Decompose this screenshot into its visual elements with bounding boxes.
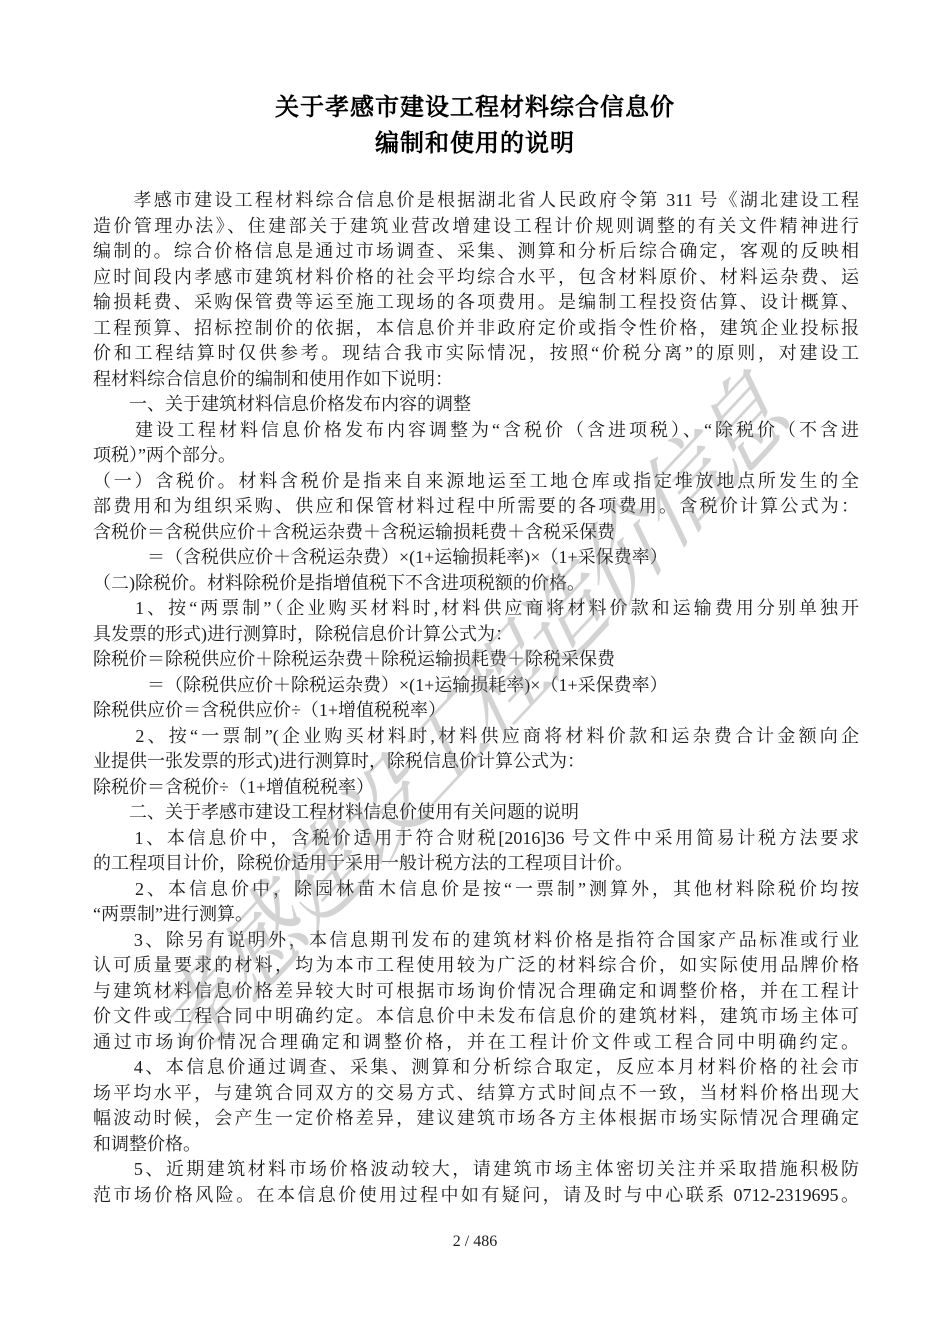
text-line: 程材料综合信息价的编制和使用作如下说明：	[93, 367, 859, 393]
text-line: （一）含税价。材料含税价是指来自来源地运至工地仓库或指定堆放地点所发生的全	[93, 469, 859, 495]
text-line: 4、本信息价通过调查、采集、测算和分析综合取定，反应本月材料价格的社会市	[93, 1055, 859, 1081]
text-line: 输损耗费、采购保管费等运至施工现场的各项费用。是编制工程投资估算、设计概算、	[93, 290, 859, 316]
text-line: 项税）”两个部分。	[93, 443, 859, 469]
text-line: 认可质量要求的材料，均为本市工程使用较为广泛的材料综合价，如实际使用品牌价格	[93, 953, 859, 979]
text-line: 与建筑材料信息价格差异较大时可根据市场询价情况合理确定和调整价格，并在工程计	[93, 979, 859, 1005]
text-line: 二、关于孝感市建设工程材料信息价使用有关问题的说明	[93, 800, 859, 826]
text-line: 应时间段内孝感市建筑材料价格的社会平均综合水平，包含材料原价、材料运杂费、运	[93, 265, 859, 291]
text-line: 孝感市建设工程材料综合信息价是根据湖北省人民政府令第 311 号《湖北建设工程	[93, 188, 859, 214]
text-line: 通过市场询价情况合理确定和调整价格，并在工程计价文件或工程合同中明确约定。	[93, 1030, 859, 1056]
text-line: 编制的。综合价格信息是通过市场调查、采集、测算和分析后综合确定，客观的反映相	[93, 239, 859, 265]
text-line: 除税供应价＝含税供应价÷（1+增值税税率）	[93, 698, 859, 724]
text-line: 具发票的形式)进行测算时，除税信息价计算公式为：	[93, 622, 859, 648]
text-line: 2、按“一票制”(企业购买材料时,材料供应商将材料价款和运杂费合计金额向企	[93, 724, 859, 750]
text-line: （二)除税价。材料除税价是指增值税下不含进项税额的价格。	[93, 571, 859, 597]
text-line: 和调整价格。	[93, 1132, 859, 1158]
text-line: 一、关于建筑材料信息价格发布内容的调整	[93, 392, 859, 418]
text-line: 除税价＝除税供应价＋除税运杂费＋除税运输损耗费＋除税采保费	[93, 647, 859, 673]
text-line: ＝（除税供应价＋除税运杂费）×(1+运输损耗率)×（1+采保费率）	[93, 673, 859, 699]
document-title-line1: 关于孝感市建设工程材料综合信息价	[0, 90, 950, 126]
document-page: 孝感建设工程造价信息 关于孝感市建设工程材料综合信息价 编制和使用的说明 孝感市…	[0, 0, 950, 1344]
text-line: 价文件或工程合同中明确约定。本信息价中未发布信息价的建筑材料，建筑市场主体可	[93, 1004, 859, 1030]
text-line: 造价管理办法》、住建部关于建筑业营改增建设工程计价规则调整的有关文件精神进行	[93, 214, 859, 240]
text-line: 价和工程结算时仅供参考。现结合我市实际情况，按照“价税分离”的原则，对建设工	[93, 341, 859, 367]
document-title-line2: 编制和使用的说明	[0, 126, 950, 162]
text-line: “两票制”进行测算。	[93, 902, 859, 928]
text-line: 部费用和为组织采购、供应和保管材料过程中所需要的各项费用。含税价计算公式为：	[93, 494, 859, 520]
text-line: 业提供一张发票的形式)进行测算时，除税信息价计算公式为：	[93, 749, 859, 775]
text-line: 除税价＝含税价÷（1+增值税税率）	[93, 775, 859, 801]
text-line: ＝（含税供应价＋含税运杂费）×(1+运输损耗率)×（1+采保费率）	[93, 545, 859, 571]
text-line: 幅波动时候，会产生一定价格差异，建议建筑市场各方主体根据市场实际情况合理确定	[93, 1106, 859, 1132]
text-line: 范市场价格风险。在本信息价使用过程中如有疑问，请及时与中心联系 0712-231…	[93, 1183, 859, 1209]
page-number: 2 / 486	[0, 1233, 950, 1251]
document-title: 关于孝感市建设工程材料综合信息价 编制和使用的说明	[0, 0, 950, 162]
text-line: 场平均水平，与建筑合同双方的交易方式、结算方式时间点不一致，当材料价格出现大	[93, 1081, 859, 1107]
text-line: 1、本信息价中，含税价适用于符合财税[2016]36 号文件中采用简易计税方法要…	[93, 826, 859, 852]
text-line: 1、按“两票制”（企业购买材料时,材料供应商将材料价款和运输费用分别单独开	[93, 596, 859, 622]
text-line: 含税价＝含税供应价＋含税运杂费＋含税运输损耗费＋含税采保费	[93, 520, 859, 546]
text-line: 工程预算、招标控制价的依据，本信息价并非政府定价或指令性价格，建筑企业投标报	[93, 316, 859, 342]
text-line: 建设工程材料信息价格发布内容调整为“含税价（含进项税）、“除税价（不含进	[93, 418, 859, 444]
text-line: 的工程项目计价，除税价适用于采用一般计税方法的工程项目计价。	[93, 851, 859, 877]
text-line: 2、本信息价中，除园林苗木信息价是按“一票制”测算外，其他材料除税价均按	[93, 877, 859, 903]
text-line: 3、除另有说明外，本信息期刊发布的建筑材料价格是指符合国家产品标准或行业	[93, 928, 859, 954]
text-line: 5、近期建筑材料市场价格波动较大，请建筑市场主体密切关注并采取措施积极防	[93, 1157, 859, 1183]
document-body: 孝感市建设工程材料综合信息价是根据湖北省人民政府令第 311 号《湖北建设工程造…	[93, 188, 859, 1208]
